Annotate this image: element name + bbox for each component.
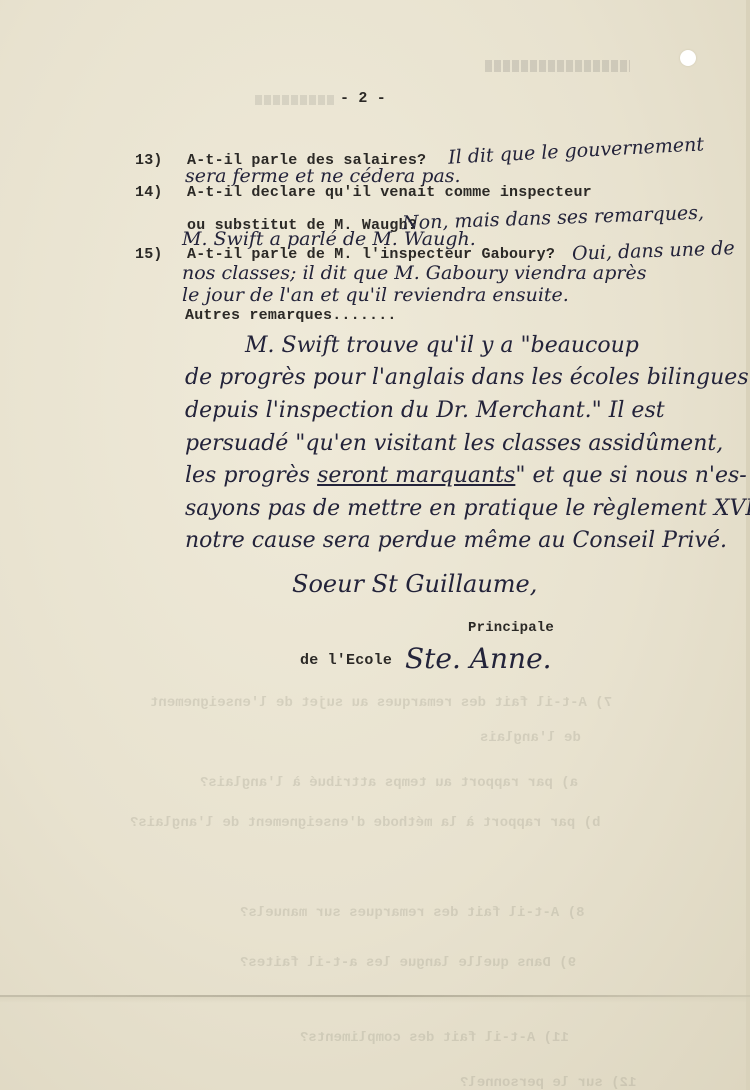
bleed-through-line: b) par rapport à la méthode d'enseigneme… (130, 815, 600, 831)
bleed-through-line: 12) sur le personnel? (460, 1075, 636, 1090)
page-number: - 2 - (340, 90, 386, 107)
school-name: Ste. Anne. (405, 642, 552, 675)
answer-13-line1: Il dit que le gouvernement (448, 133, 705, 168)
other-remarks-label: Autres remarques....... (185, 307, 397, 324)
bleed-through-header (255, 95, 335, 105)
remark-line: persuadé "qu'en visitant les classes ass… (185, 431, 723, 456)
document-page: 7) A-t-il fait des remarques au sujet de… (0, 0, 750, 1090)
remark-line: depuis l'inspection du Dr. Merchant." Il… (185, 398, 665, 423)
remark-text: " et que si nous n'es- (515, 463, 746, 488)
bleed-through-line: 9) Dans quelle langue les a-t-il faites? (240, 955, 576, 971)
title-principal: Principale (468, 620, 554, 636)
school-label: de l'Ecole (300, 652, 392, 669)
bleed-through-line: a) par rapport au temps attribué à l'ang… (200, 775, 578, 791)
remark-line: M. Swift trouve qu'il y a "beaucoup (245, 333, 639, 358)
bleed-through-header (485, 60, 630, 72)
bleed-through-line: 11) A-t-il fait des compliments? (300, 1030, 569, 1046)
paper-fold-shadow (0, 997, 750, 1003)
remark-underlined-text: seront marquants (317, 463, 515, 488)
remark-text: les progrès (185, 463, 317, 488)
question-number: 15) (135, 246, 187, 263)
question-number: 14) (135, 184, 187, 201)
signature: Soeur St Guillaume, (292, 570, 537, 598)
bleed-through-line: de l'anglais (480, 730, 581, 746)
remark-line: sayons pas de mettre en pratique le règl… (185, 496, 750, 521)
question-14: 14)A-t-il declare qu'il venait comme ins… (135, 184, 592, 201)
remark-line: de progrès pour l'anglais dans les école… (185, 365, 749, 390)
bleed-through-line: 7) A-t-il fait des remarques au sujet de… (150, 695, 612, 711)
answer-15-line2: nos classes; il dit que M. Gaboury viend… (182, 262, 646, 284)
question-text: A-t-il parle de M. l'inspecteur Gaboury? (187, 246, 555, 263)
question-15: 15)A-t-il parle de M. l'inspecteur Gabou… (135, 246, 555, 263)
paper-edge (746, 0, 750, 1090)
answer-15-line1: Oui, dans une de (572, 237, 735, 265)
remark-line: notre cause sera perdue même au Conseil … (185, 528, 727, 553)
remark-line-underlined: les progrès seront marquants" et que si … (185, 463, 747, 488)
paper-fold-crease (0, 995, 750, 997)
bleed-through-line: 8) A-t-il fait des remarques sur manuels… (240, 905, 584, 921)
answer-15-line3: le jour de l'an et qu'il reviendra ensui… (182, 284, 569, 306)
question-text: A-t-il declare qu'il venait comme inspec… (187, 184, 592, 201)
question-number: 13) (135, 152, 187, 169)
punch-hole (680, 50, 696, 66)
